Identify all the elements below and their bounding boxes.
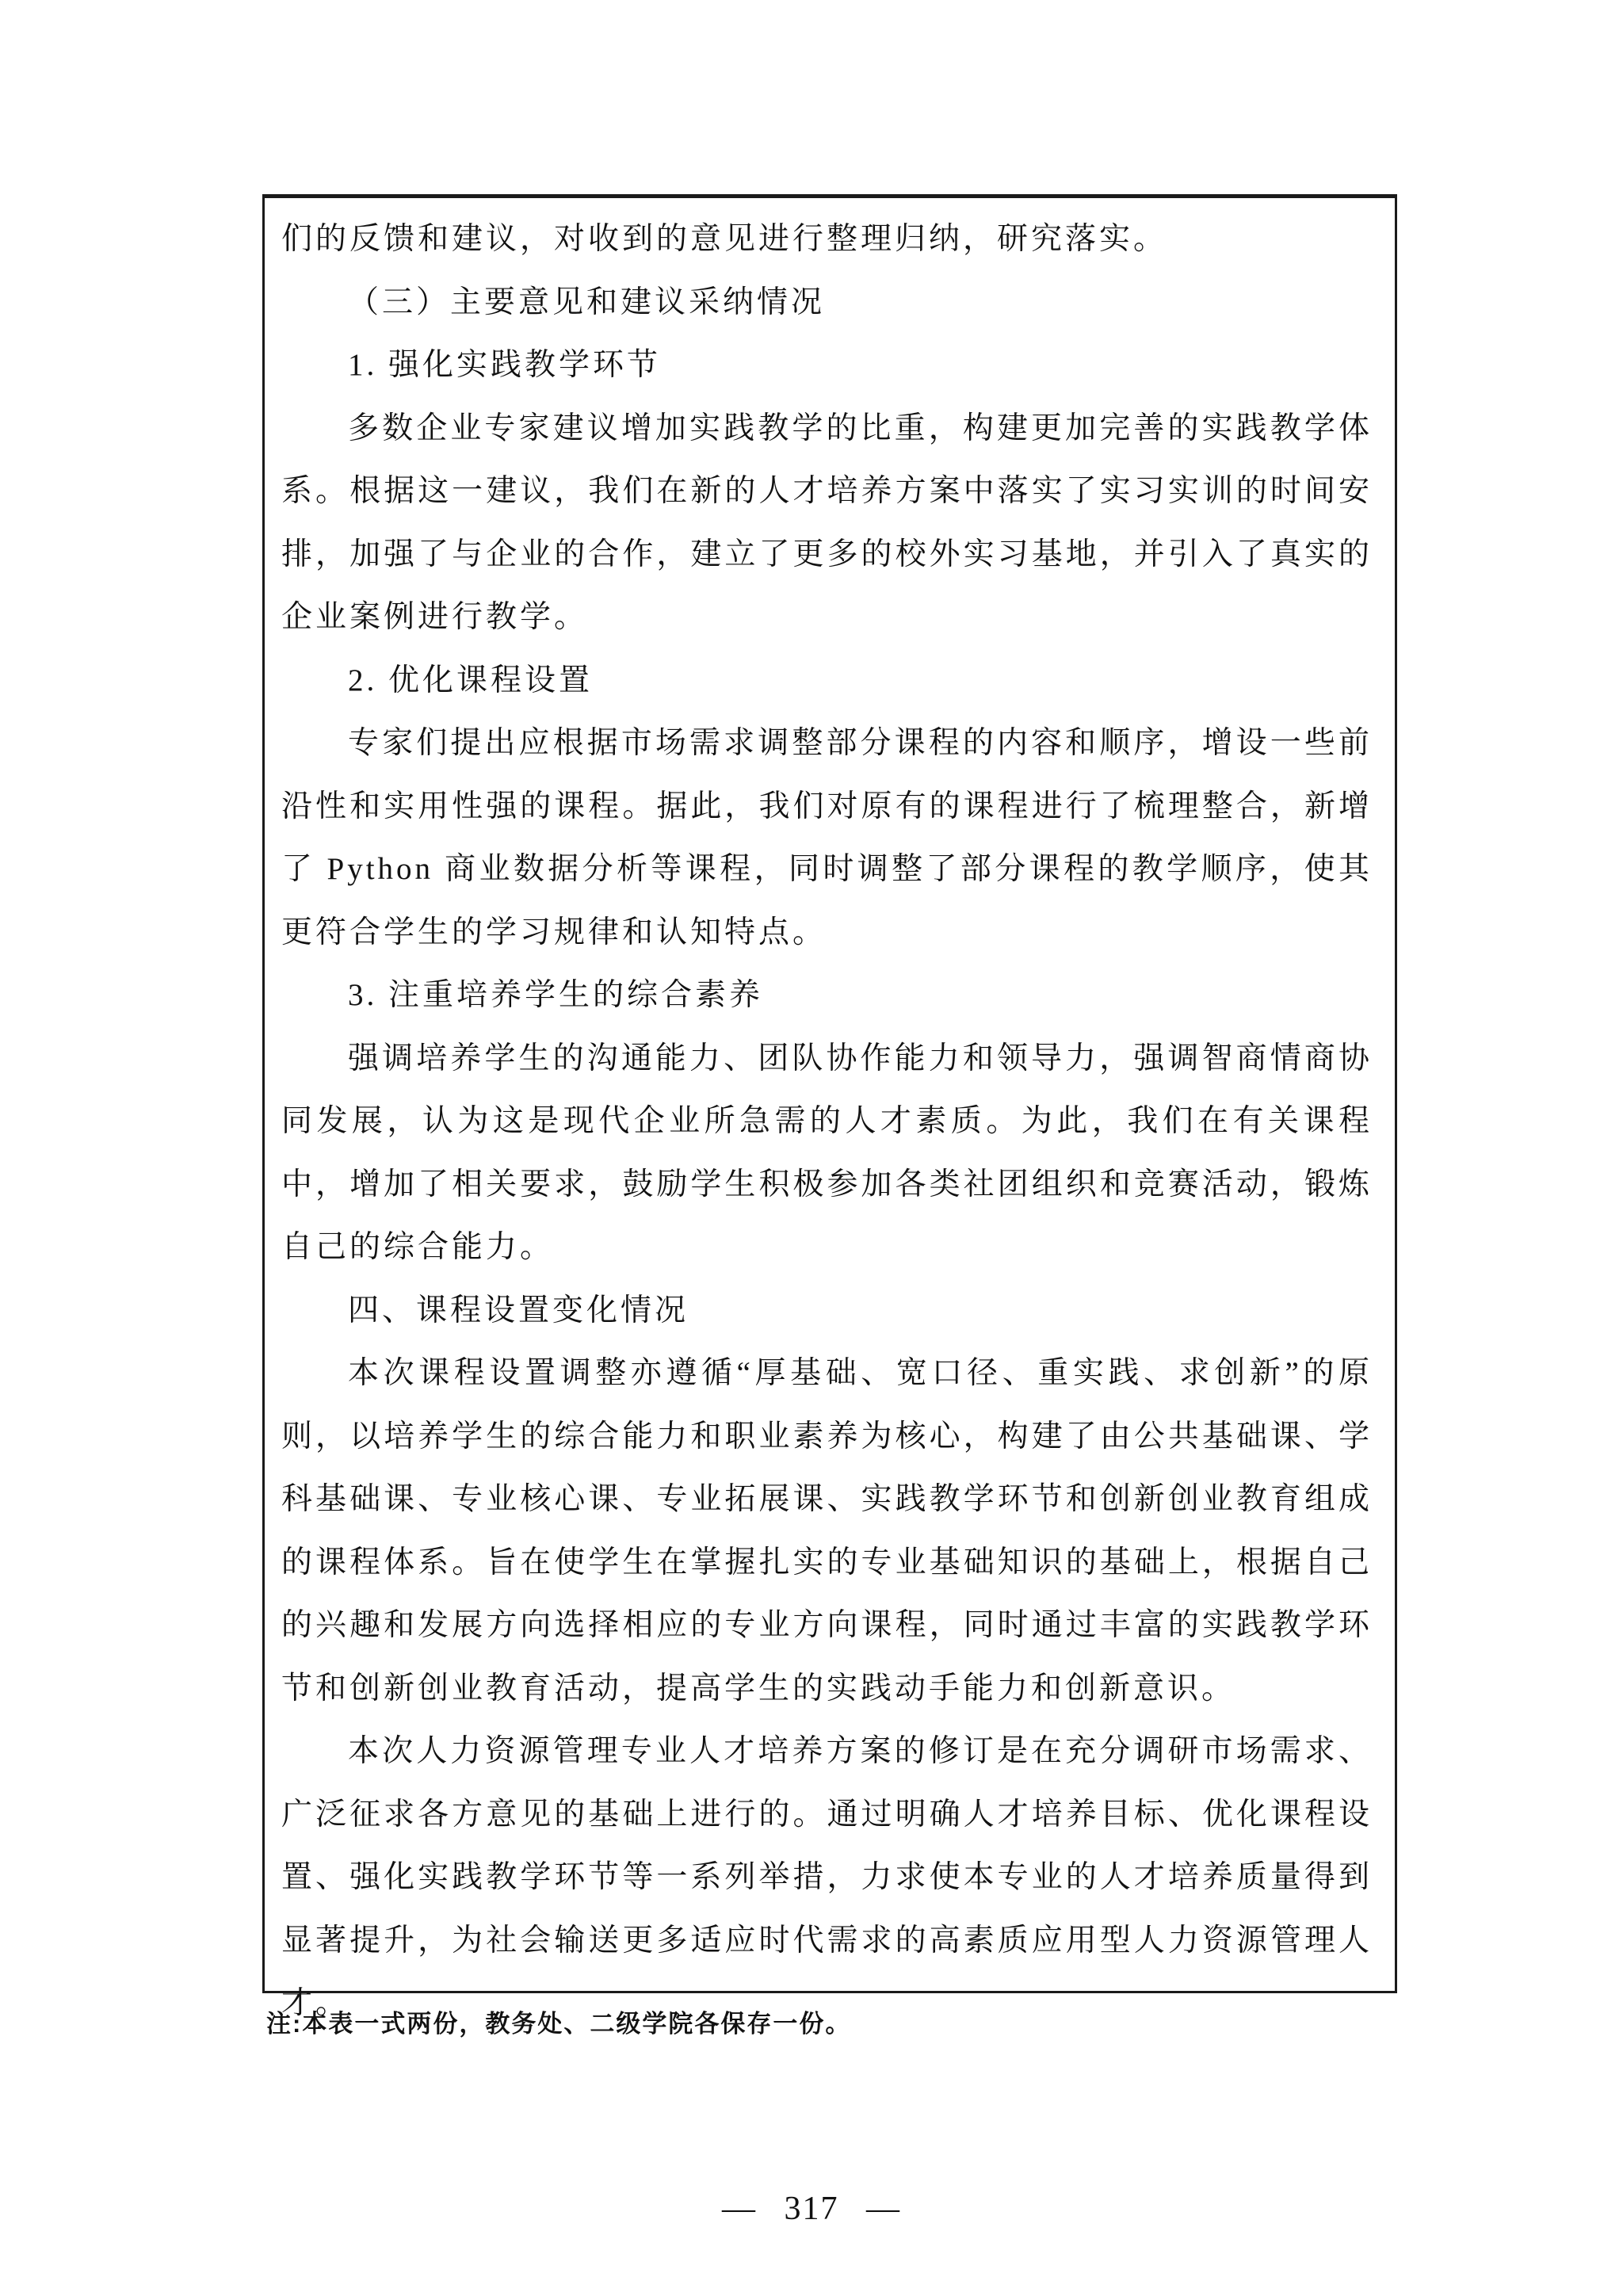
document-page: 们的反馈和建议，对收到的意见进行整理归纳，研究落实。 （三）主要意见和建议采纳情… (0, 0, 1623, 2296)
footnote: 注:本表一式两份，教务处、二级学院各保存一份。 (266, 2004, 851, 2039)
paragraph: 本次人力资源管理专业人才培养方案的修订是在充分调研市场需求、广泛征求各方意见的基… (281, 1720, 1373, 2035)
section-heading: （三）主要意见和建议采纳情况 (281, 271, 1373, 334)
paragraph: 们的反馈和建议，对收到的意见进行整理归纳，研究落实。 (281, 208, 1373, 271)
section-heading: 四、课程设置变化情况 (281, 1279, 1373, 1343)
paragraph: 强调培养学生的沟通能力、团队协作能力和领导力，强调智商情商协同发展，认为这是现代… (281, 1027, 1373, 1279)
document-table-cell: 们的反馈和建议，对收到的意见进行整理归纳，研究落实。 （三）主要意见和建议采纳情… (262, 194, 1397, 1993)
item-heading: 3. 注重培养学生的综合素养 (281, 964, 1373, 1027)
paragraph: 多数企业专家建议增加实践教学的比重，构建更加完善的实践教学体系。根据这一建议，我… (281, 397, 1373, 649)
item-heading: 2. 优化课程设置 (281, 649, 1373, 712)
paragraph: 本次课程设置调整亦遵循“厚基础、宽口径、重实践、求创新”的原则，以培养学生的综合… (281, 1342, 1373, 1720)
paragraph: 专家们提出应根据市场需求调整部分课程的内容和顺序，增设一些前沿性和实用性强的课程… (281, 712, 1373, 964)
item-heading: 1. 强化实践教学环节 (281, 334, 1373, 397)
page-number: — 317 — (0, 2190, 1623, 2228)
